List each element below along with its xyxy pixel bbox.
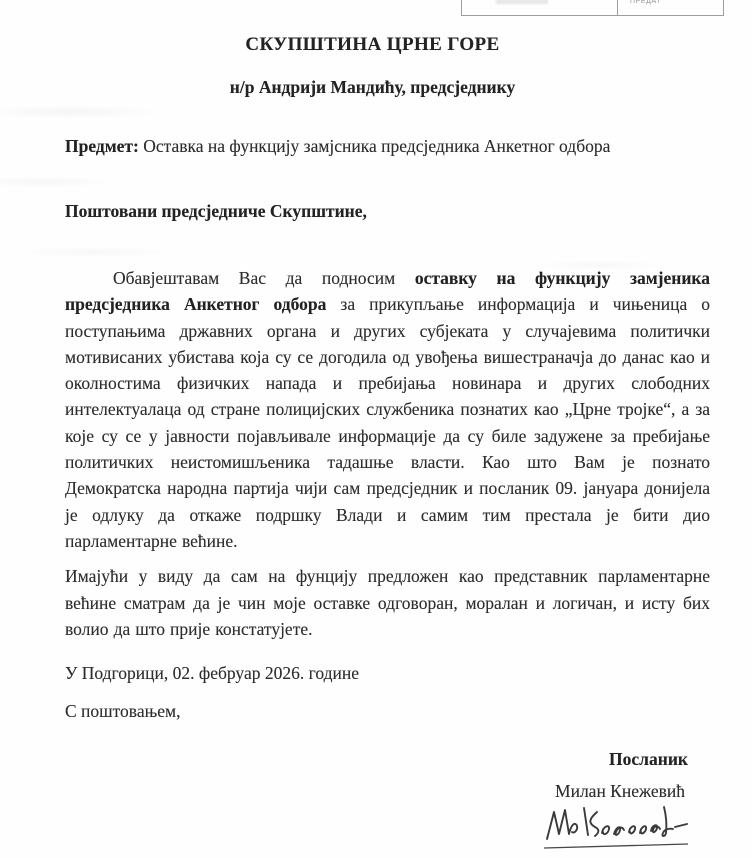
- letter-content: СКУПШТИНА ЦРНЕ ГОРЕ н/р Андрији Мандићу,…: [65, 0, 710, 855]
- institution-title: СКУПШТИНА ЦРНЕ ГОРЕ: [245, 34, 499, 55]
- subject-text: Оставка на функцију замјсника предсједни…: [139, 136, 611, 156]
- handwritten-signature: [540, 803, 692, 855]
- signer-role: Посланик: [65, 749, 710, 770]
- salutation: Поштовани предсједниче Скупштине,: [65, 201, 710, 222]
- attention-line: н/р Андрији Мандићу, предсједнику: [50, 77, 695, 98]
- paragraph1-rest: за прикупљање информација и чињеница о п…: [65, 294, 710, 551]
- body-paragraph-1: Обавјештавам Вас да подносим оставку на …: [65, 265, 710, 554]
- signature-block: [65, 803, 710, 855]
- place-date-line: У Подгорици, 02. фебруар 2026. године: [65, 663, 710, 684]
- subject-line: Предмет: Оставка на функцију замјсника п…: [65, 135, 710, 158]
- subject-label: Предмет:: [65, 136, 139, 156]
- paragraph1-lead: Обавјештавам Вас да подносим: [113, 268, 415, 288]
- regards-line: С поштовањем,: [65, 701, 710, 722]
- letterhead: СКУПШТИНА ЦРНЕ ГОРЕ: [50, 34, 695, 56]
- scanned-letter-page: ПРЕДАТ СКУПШТИНА ЦРНЕ ГОРЕ н/р Андрији М…: [0, 0, 752, 858]
- signer-name: Милан Кнежевић: [65, 781, 710, 802]
- body-paragraph-2: Имајући у виду да сам на фунцију предлож…: [65, 563, 710, 642]
